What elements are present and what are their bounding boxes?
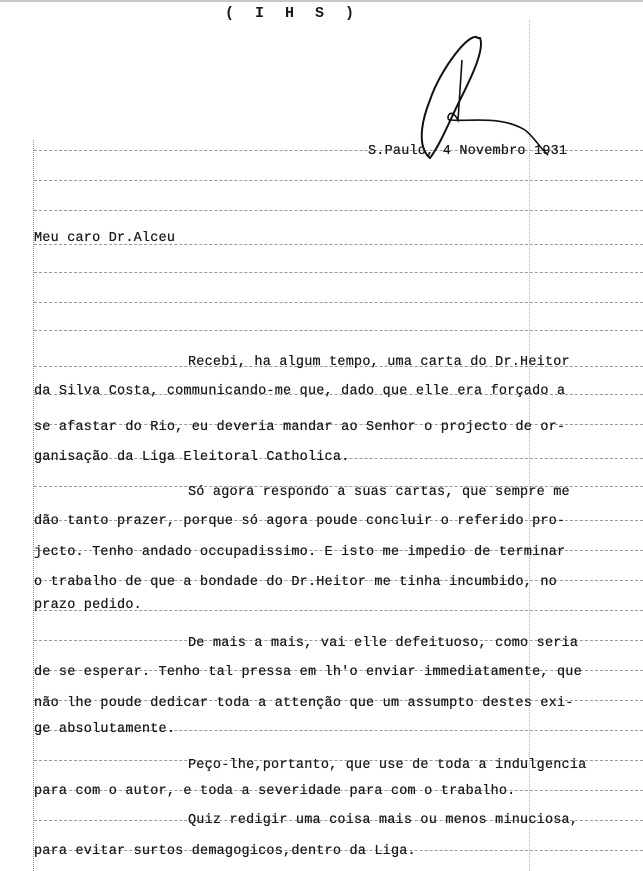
letter-line: jecto. Tenho andado occupadissimo. E ist… [34, 545, 565, 560]
letter-line: prazo pedido. [34, 598, 142, 613]
letter-line: Peço-lhe,portanto, que use de toda a ind… [188, 758, 586, 773]
ruled-line [34, 210, 643, 211]
letter-line: para evitar surtos demagogicos,dentro da… [34, 844, 416, 859]
signature-icon [400, 30, 550, 160]
letter-line: ganisação da Liga Eleitoral Catholica. [34, 450, 349, 465]
letter-heading: ( I H S ) [225, 5, 360, 22]
ruled-line [34, 272, 643, 273]
ruled-line [34, 330, 643, 331]
salutation: Meu caro Dr.Alceu [34, 231, 175, 246]
place-date: S.Paulo, 4 Novembro 1931 [368, 144, 567, 159]
letter-line: De mais a mais, vai elle defeituoso, com… [188, 636, 578, 651]
letter-line: de se esperar. Tenho tal pressa em lh'o … [34, 665, 582, 680]
letter-line: da Silva Costa, communicando-me que, dad… [34, 384, 565, 399]
letter-line: dão tanto prazer, porque só agora poude … [34, 514, 565, 529]
letter-line: Quiz redigir uma coisa mais ou menos min… [188, 813, 578, 828]
letter-line: o trabalho de que a bondade do Dr.Heitor… [34, 575, 557, 590]
letter-line: não lhe poude dedicar toda a attenção qu… [34, 696, 574, 711]
letter-line: para com o autor, e toda a severidade pa… [34, 784, 515, 799]
letter-line: Recebi, ha algum tempo, uma carta do Dr.… [188, 355, 570, 370]
letter-line: ge absolutamente. [34, 722, 175, 737]
scan-edge [0, 0, 643, 2]
letter-line: Só agora respondo a suas cartas, que sem… [188, 485, 570, 500]
ruled-line [34, 302, 643, 303]
ruled-line [34, 180, 643, 181]
left-margin-rule [33, 140, 34, 871]
letter-line: se afastar do Rio, eu deveria mandar ao … [34, 420, 565, 435]
